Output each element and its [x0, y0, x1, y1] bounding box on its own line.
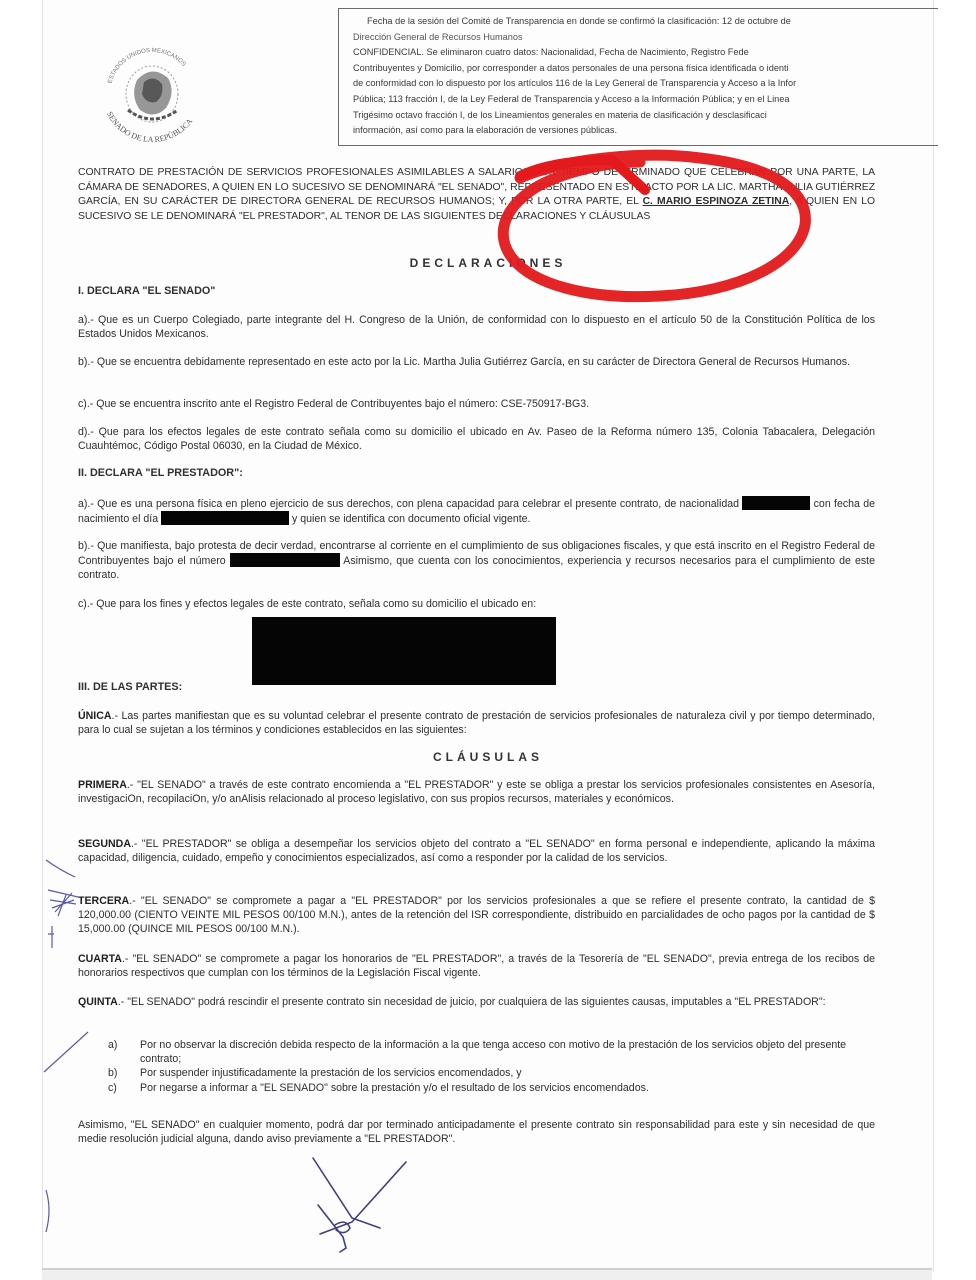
list-letter: c): [108, 1081, 140, 1095]
notice-text: información, así como para la elaboració…: [353, 123, 938, 139]
unica-label: ÚNICA: [78, 710, 112, 722]
prestador-a-text: y quien se identifica con documento ofic…: [292, 513, 531, 525]
senado-d: d).- Que para los efectos legales de est…: [78, 425, 875, 453]
clausula-text: .- "EL SENADO" podrá rescindir el presen…: [118, 996, 826, 1008]
partes-heading: III. DE LAS PARTES:: [78, 681, 182, 693]
clausula-text: .- "EL SENADO" se compromete a pagar a "…: [78, 895, 875, 935]
redaction-birthdate: [161, 511, 289, 525]
clausula-segunda: SEGUNDA.- "EL PRESTADOR" se obliga a des…: [78, 837, 875, 865]
prestador-a: a).- Que es una persona física en pleno …: [78, 496, 875, 526]
transparency-notice: Fecha de la sesión del Comité de Transpa…: [338, 8, 938, 146]
clausula-label: QUINTA: [78, 996, 118, 1008]
list-item: a)Por no observar la discreción debida r…: [108, 1038, 875, 1066]
senado-heading: I. DECLARA "EL SENADO": [78, 285, 215, 297]
partes-unica: ÚNICA.- Las partes manifiestan que es su…: [78, 709, 875, 737]
clausula-label: SEGUNDA: [78, 838, 131, 850]
senado-b: b).- Que se encuentra debidamente repres…: [78, 355, 875, 369]
prestador-c: c).- Que para los fines y efectos legale…: [78, 597, 875, 611]
notice-text: Contribuyentes y Domicilio, por correspo…: [353, 61, 938, 77]
notice-session-date: Fecha de la sesión del Comité de Transpa…: [353, 14, 938, 30]
coat-of-arms-icon: ESTADOS UNIDOS MEXICANOS SENADO DE LA RE…: [92, 30, 212, 150]
seal-label: SENADO DE LA REPÚBLICA: [105, 110, 195, 144]
notice-confidential: CONFIDENCIAL. Se eliminaron cuatro datos…: [353, 45, 938, 61]
svg-text:SENADO DE LA REPÚBLICA: SENADO DE LA REPÚBLICA: [105, 110, 195, 144]
clausula-text: .- "EL SENADO" se compromete a pagar los…: [78, 953, 875, 979]
list-letter: b): [108, 1066, 140, 1080]
redaction-nationality: [742, 496, 810, 510]
closing-paragraph: Asimismo, "EL SENADO" en cualquier momen…: [78, 1118, 875, 1146]
notice-text: Trigésimo octavo fracción I, de los Line…: [353, 108, 938, 124]
page-bottom-edge: [42, 1268, 932, 1280]
clausula-quinta: QUINTA.- "EL SENADO" podrá rescindir el …: [78, 995, 875, 1009]
list-text: Por no observar la discreción debida res…: [140, 1038, 875, 1066]
clausula-label: PRIMERA: [78, 779, 127, 791]
contract-intro: CONTRATO DE PRESTACIÓN DE SERVICIOS PROF…: [78, 166, 875, 224]
clausulas-heading: CLÁUSULAS: [0, 750, 976, 764]
redaction-address: [252, 617, 556, 685]
clausula-tercera: TERCERA.- "EL SENADO" se compromete a pa…: [78, 894, 875, 937]
prestador-b: b).- Que manifiesta, bajo protesta de de…: [78, 539, 875, 583]
notice-text: de conformidad con lo dispuesto por los …: [353, 76, 938, 92]
clausula-cuarta: CUARTA.- "EL SENADO" se compromete a pag…: [78, 952, 875, 980]
contractor-name: C. MARIO ESPINOZA ZETINA: [643, 196, 790, 207]
list-letter: a): [108, 1038, 140, 1066]
senado-c: c).- Que se encuentra inscrito ante el R…: [78, 397, 875, 411]
redaction-rfc: [230, 553, 340, 567]
clausula-text: .- "EL SENADO" a través de este contrato…: [78, 779, 875, 805]
declaraciones-heading: DECLARACIONES: [0, 256, 976, 270]
clausula-label: CUARTA: [78, 953, 122, 965]
list-text: Por negarse a informar a "EL SENADO" sob…: [140, 1081, 649, 1095]
unica-text: .- Las partes manifiestan que es su volu…: [78, 710, 875, 736]
notice-text: Pública; 113 fracción I, de la Ley Feder…: [353, 92, 938, 108]
prestador-a-text: a).- Que es una persona física en pleno …: [78, 498, 739, 510]
prestador-heading: II. DECLARA "EL PRESTADOR":: [78, 467, 243, 479]
clausula-text: .- "EL PRESTADOR" se obliga a desempeñar…: [78, 838, 875, 864]
clausula-primera: PRIMERA.- "EL SENADO" a través de este c…: [78, 778, 875, 806]
list-item: c)Por negarse a informar a "EL SENADO" s…: [108, 1081, 875, 1095]
clausula-label: TERCERA: [78, 895, 129, 907]
notice-department: Dirección General de Recursos Humanos: [353, 30, 938, 46]
list-text: Por suspender injustificadamente la pres…: [140, 1066, 522, 1080]
quinta-causes-list: a)Por no observar la discreción debida r…: [108, 1038, 875, 1095]
list-item: b)Por suspender injustificadamente la pr…: [108, 1066, 875, 1080]
senado-a: a).- Que es un Cuerpo Colegiado, parte i…: [78, 313, 875, 341]
